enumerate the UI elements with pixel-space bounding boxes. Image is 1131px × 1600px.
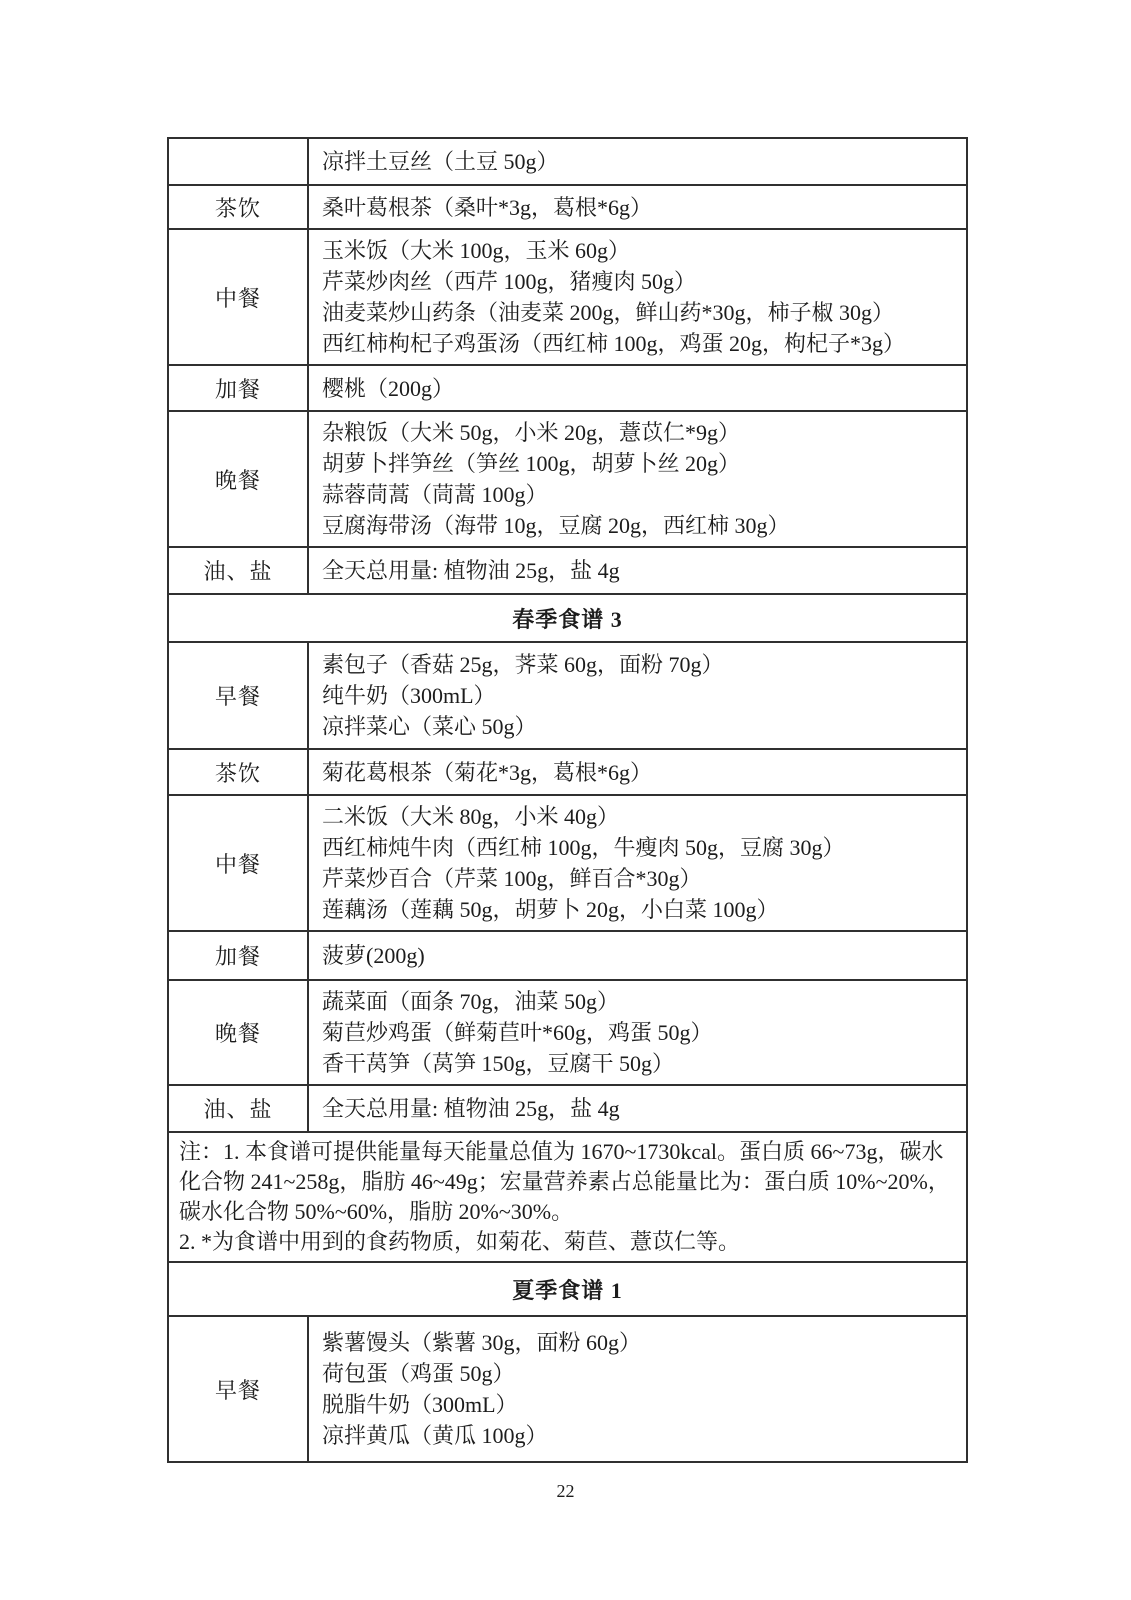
dish-line: 油麦菜炒山药条（油麦菜 200g，鲜山药*30g，柿子椒 30g）	[322, 297, 958, 328]
table-row: 油、盐 全天总用量: 植物油 25g，盐 4g	[168, 547, 967, 594]
section-header-row: 春季食谱 3	[168, 594, 967, 642]
dish-line: 芹菜炒肉丝（西芹 100g，猪瘦肉 50g）	[322, 266, 958, 297]
dish-line: 樱桃（200g）	[322, 373, 958, 404]
dish-line: 莲藕汤（莲藕 50g，胡萝卜 20g，小白菜 100g）	[322, 894, 958, 925]
section-title: 夏季食谱 1	[168, 1262, 967, 1316]
meal-label: 茶饮	[168, 185, 308, 229]
dish-line: 菊花葛根茶（菊花*3g，葛根*6g）	[322, 757, 958, 788]
dish-line: 西红柿炖牛肉（西红柿 100g，牛瘦肉 50g，豆腐 30g）	[322, 832, 958, 863]
dish-line: 素包子（香菇 25g，荠菜 60g，面粉 70g）	[322, 649, 958, 680]
dish-line: 纯牛奶（300mL）	[322, 680, 958, 711]
note-paragraph: 注：1. 本食谱可提供能量每天能量总值为 1670~1730kcal。蛋白质 6…	[179, 1137, 956, 1227]
table-row: 茶饮 菊花葛根茶（菊花*3g，葛根*6g）	[168, 749, 967, 795]
dish-line: 芹菜炒百合（芹菜 100g，鲜百合*30g）	[322, 863, 958, 894]
dish-line: 菠萝(200g)	[322, 940, 958, 971]
table-row: 中餐 二米饭（大米 80g，小米 40g） 西红柿炖牛肉（西红柿 100g，牛瘦…	[168, 795, 967, 931]
dish-line: 胡萝卜拌笋丝（笋丝 100g，胡萝卜丝 20g）	[322, 448, 958, 479]
dish-line: 紫薯馒头（紫薯 30g，面粉 60g）	[322, 1327, 958, 1358]
meal-label: 中餐	[168, 795, 308, 931]
dish-line: 全天总用量: 植物油 25g，盐 4g	[322, 555, 958, 586]
dish-line: 香干莴笋（莴笋 150g，豆腐干 50g）	[322, 1048, 958, 1079]
meal-label: 早餐	[168, 1316, 308, 1462]
dish-line: 二米饭（大米 80g，小米 40g）	[322, 801, 958, 832]
table-row: 茶饮 桑叶葛根茶（桑叶*3g，葛根*6g）	[168, 185, 967, 229]
dish-line: 菊苣炒鸡蛋（鲜菊苣叶*60g，鸡蛋 50g）	[322, 1017, 958, 1048]
section-header-row: 夏季食谱 1	[168, 1262, 967, 1316]
dish-line: 全天总用量: 植物油 25g，盐 4g	[322, 1093, 958, 1124]
meal-label: 油、盐	[168, 1085, 308, 1132]
table-row: 早餐 素包子（香菇 25g，荠菜 60g，面粉 70g） 纯牛奶（300mL） …	[168, 642, 967, 749]
meal-label: 加餐	[168, 931, 308, 980]
table-row: 早餐 紫薯馒头（紫薯 30g，面粉 60g） 荷包蛋（鸡蛋 50g） 脱脂牛奶（…	[168, 1316, 967, 1462]
table-row: 油、盐 全天总用量: 植物油 25g，盐 4g	[168, 1085, 967, 1132]
table-row: 晚餐 杂粮饭（大米 50g，小米 20g，薏苡仁*9g） 胡萝卜拌笋丝（笋丝 1…	[168, 411, 967, 547]
dish-line: 蔬菜面（面条 70g，油菜 50g）	[322, 986, 958, 1017]
meal-label: 中餐	[168, 229, 308, 365]
page-number: 22	[0, 1481, 1131, 1502]
dish-line: 杂粮饭（大米 50g，小米 20g，薏苡仁*9g）	[322, 417, 958, 448]
table-row: 中餐 玉米饭（大米 100g，玉米 60g） 芹菜炒肉丝（西芹 100g，猪瘦肉…	[168, 229, 967, 365]
table-row: 加餐 樱桃（200g）	[168, 365, 967, 411]
meal-label	[168, 138, 308, 185]
note-paragraph: 2. *为食谱中用到的食药物质，如菊花、菊苣、薏苡仁等。	[179, 1227, 956, 1257]
dish-line: 凉拌黄瓜（黄瓜 100g）	[322, 1420, 958, 1451]
dish-line: 凉拌土豆丝（土豆 50g）	[322, 146, 958, 177]
meal-label: 早餐	[168, 642, 308, 749]
meal-plan-table: 凉拌土豆丝（土豆 50g） 茶饮 桑叶葛根茶（桑叶*3g，葛根*6g） 中餐 玉…	[167, 137, 968, 1463]
document-page: 凉拌土豆丝（土豆 50g） 茶饮 桑叶葛根茶（桑叶*3g，葛根*6g） 中餐 玉…	[0, 0, 1131, 1600]
meal-label: 茶饮	[168, 749, 308, 795]
dish-line: 西红柿枸杞子鸡蛋汤（西红柿 100g，鸡蛋 20g，枸杞子*3g）	[322, 328, 958, 359]
meal-label: 加餐	[168, 365, 308, 411]
table-row: 晚餐 蔬菜面（面条 70g，油菜 50g） 菊苣炒鸡蛋（鲜菊苣叶*60g，鸡蛋 …	[168, 980, 967, 1085]
dish-line: 凉拌菜心（菜心 50g）	[322, 711, 958, 742]
table-row: 凉拌土豆丝（土豆 50g）	[168, 138, 967, 185]
meal-label: 晚餐	[168, 980, 308, 1085]
section-title: 春季食谱 3	[168, 594, 967, 642]
dish-line: 荷包蛋（鸡蛋 50g）	[322, 1358, 958, 1389]
dish-line: 玉米饭（大米 100g，玉米 60g）	[322, 235, 958, 266]
dish-line: 蒜蓉茼蒿（茼蒿 100g）	[322, 479, 958, 510]
table-row: 加餐 菠萝(200g)	[168, 931, 967, 980]
dish-line: 桑叶葛根茶（桑叶*3g，葛根*6g）	[322, 192, 958, 223]
meal-label: 油、盐	[168, 547, 308, 594]
note-row: 注：1. 本食谱可提供能量每天能量总值为 1670~1730kcal。蛋白质 6…	[168, 1132, 967, 1262]
meal-label: 晚餐	[168, 411, 308, 547]
dish-line: 脱脂牛奶（300mL）	[322, 1389, 958, 1420]
dish-line: 豆腐海带汤（海带 10g，豆腐 20g，西红柿 30g）	[322, 510, 958, 541]
